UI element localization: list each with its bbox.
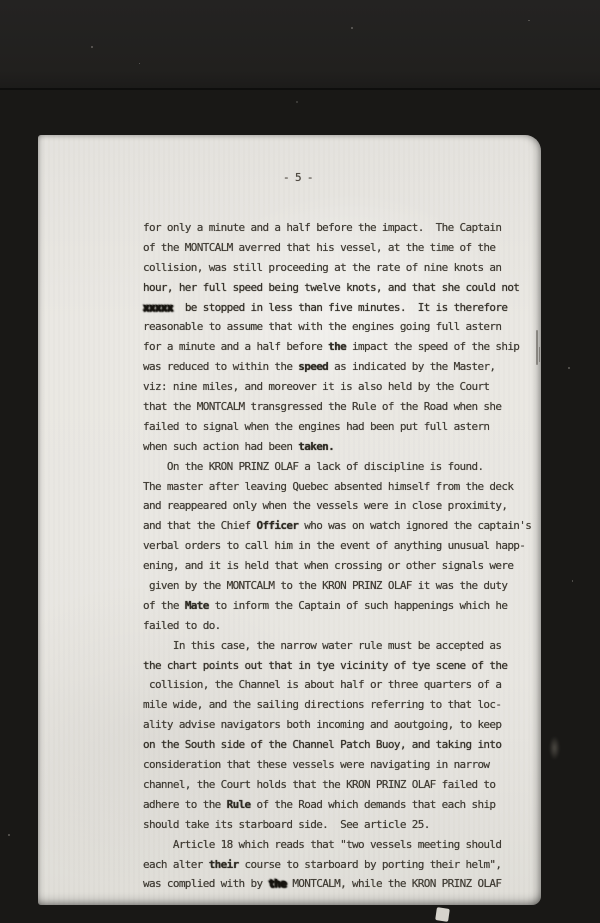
- text-line: of the Mate to inform the Captain of suc…: [143, 596, 541, 616]
- text-line: that the MONTCALM transgressed the Rule …: [143, 397, 541, 417]
- text-segment: and that the Chief: [143, 519, 256, 532]
- text-segment: should take its starboard side. See arti…: [143, 818, 430, 831]
- text-segment: adhere to the: [143, 798, 227, 811]
- text-segment: viz: nine miles, and moreover it is also…: [143, 380, 489, 393]
- text-segment: collision, was still proceeding at the r…: [143, 261, 501, 274]
- text-segment: MONTCALM, while the KRON PRINZ OLAF: [286, 877, 501, 890]
- text-line: ening, and it is held that when crossing…: [143, 556, 541, 576]
- text-segment: the chart points out that in tye vicinit…: [143, 659, 507, 672]
- text-line: In this case, the narrow water rule must…: [143, 636, 541, 656]
- text-line: adhere to the Rule of the Road which dem…: [143, 795, 541, 815]
- text-segment: their: [209, 858, 239, 871]
- text-line: xxxxx be stopped in less than five minut…: [143, 298, 541, 318]
- film-speck: [8, 834, 10, 836]
- film-speck: [91, 46, 93, 48]
- text-segment: and reappeared only when the vessels wer…: [143, 499, 507, 512]
- text-line: was complied with by the MONTCALM, while…: [143, 874, 541, 894]
- text-segment: was complied with by: [143, 877, 268, 890]
- text-line: channel, the Court holds that the KRON P…: [143, 775, 541, 795]
- text-segment: Article 18 which reads that "two vessels…: [143, 838, 501, 851]
- text-line: for a minute and a half before the impac…: [143, 337, 541, 357]
- page-number: - 5 -: [283, 171, 313, 185]
- text-segment: each alter: [143, 858, 209, 871]
- text-segment: be stopped in less than five minutes. It…: [173, 301, 507, 314]
- text-segment: verbal orders to call him in the event o…: [143, 539, 525, 552]
- text-line: for only a minute and a half before the …: [143, 218, 541, 238]
- text-segment: for only a minute and a half before the …: [143, 221, 501, 234]
- text-line: collision, was still proceeding at the r…: [143, 258, 541, 278]
- text-segment: collision, the Channel is about half or …: [143, 678, 501, 691]
- text-line: on the South side of the Channel Patch B…: [143, 735, 541, 755]
- film-speck: [351, 27, 353, 29]
- text-segment: On the KRON PRINZ OLAF a lack of discipl…: [143, 460, 483, 473]
- text-segment: when such action had been: [143, 440, 298, 453]
- text-segment: for a minute and a half before: [143, 340, 328, 353]
- text-segment: was reduced to within the: [143, 360, 298, 373]
- text-line: Article 18 which reads that "two vessels…: [143, 835, 541, 855]
- text-segment: The master after leaving Quebec absented…: [143, 480, 513, 493]
- text-line: was reduced to within the speed as indic…: [143, 357, 541, 377]
- text-segment: In this case, the narrow water rule must…: [143, 639, 501, 652]
- text-line: the chart points out that in tye vicinit…: [143, 656, 541, 676]
- text-segment: hour, her full speed being twelve knots,…: [143, 281, 519, 294]
- film-smudge: [549, 736, 560, 760]
- document-page: - 5 - for only a minute and a half befor…: [38, 135, 541, 905]
- text-line: mile wide, and the sailing directions re…: [143, 695, 541, 715]
- film-speck: [296, 101, 298, 103]
- text-segment: taken.: [298, 440, 334, 453]
- text-line: hour, her full speed being twelve knots,…: [143, 278, 541, 298]
- text-line: each alter their course to starboard by …: [143, 855, 541, 875]
- scan-scratch: [539, 347, 540, 362]
- text-segment: as indicated by the Master,: [328, 360, 495, 373]
- text-line: failed to signal when the engines had be…: [143, 417, 541, 437]
- film-speck: [139, 63, 140, 64]
- text-segment: that the MONTCALM transgressed the Rule …: [143, 400, 501, 413]
- text-segment: Rule: [227, 798, 251, 811]
- overstruck-word: xxxxx: [143, 301, 173, 314]
- text-segment: Officer: [256, 519, 298, 532]
- film-speck: [572, 580, 573, 582]
- text-line: viz: nine miles, and moreover it is also…: [143, 377, 541, 397]
- text-line: ality advise navigators both incoming an…: [143, 715, 541, 735]
- text-segment: of the Road which demands that each ship: [251, 798, 496, 811]
- page-corner-sliver: [435, 907, 450, 922]
- text-line: consideration that these vessels were na…: [143, 755, 541, 775]
- text-segment: failed to signal when the engines had be…: [143, 420, 489, 433]
- text-line: when such action had been taken.: [143, 437, 541, 457]
- text-segment: ening, and it is held that when crossing…: [143, 559, 513, 572]
- text-line: reasonable to assume that with the engin…: [143, 317, 541, 337]
- text-segment: on the South side of the Channel Patch B…: [143, 738, 501, 751]
- text-segment: consideration that these vessels were na…: [143, 758, 489, 771]
- text-line: failed to do.: [143, 616, 541, 636]
- text-line: given by the MONTCALM to the KRON PRINZ …: [143, 576, 541, 596]
- film-speck: [568, 367, 570, 369]
- scan-scratch: [536, 330, 538, 365]
- text-segment: speed: [298, 360, 328, 373]
- text-line: verbal orders to call him in the event o…: [143, 536, 541, 556]
- text-segment: of the: [143, 599, 185, 612]
- text-line: On the KRON PRINZ OLAF a lack of discipl…: [143, 457, 541, 477]
- document-text: for only a minute and a half before the …: [143, 218, 541, 894]
- text-segment: Mate: [185, 599, 209, 612]
- text-segment: channel, the Court holds that the KRON P…: [143, 778, 495, 791]
- text-line: should take its starboard side. See arti…: [143, 815, 541, 835]
- text-segment: who was on watch ignored the captain's: [298, 519, 531, 532]
- text-line: and that the Chief Officer who was on wa…: [143, 516, 541, 536]
- text-segment: ality advise navigators both incoming an…: [143, 718, 501, 731]
- text-line: of the MONTCALM averred that his vessel,…: [143, 238, 541, 258]
- film-speck: [528, 20, 530, 21]
- microfilm-scan-background: - 5 - for only a minute and a half befor…: [0, 0, 600, 923]
- text-line: The master after leaving Quebec absented…: [143, 477, 541, 497]
- text-segment: impact the speed of the ship: [346, 340, 519, 353]
- text-segment: course to starboard by porting their hel…: [239, 858, 502, 871]
- text-line: collision, the Channel is about half or …: [143, 675, 541, 695]
- text-segment: failed to do.: [143, 619, 221, 632]
- text-segment: given by the MONTCALM to the KRON PRINZ …: [143, 579, 507, 592]
- text-segment: reasonable to assume that with the engin…: [143, 320, 501, 333]
- text-segment: of the MONTCALM averred that his vessel,…: [143, 241, 495, 254]
- overstruck-word: the: [268, 877, 286, 890]
- film-seam-band: [0, 0, 600, 90]
- text-segment: mile wide, and the sailing directions re…: [143, 698, 501, 711]
- text-line: and reappeared only when the vessels wer…: [143, 496, 541, 516]
- text-segment: to inform the Captain of such happenings…: [209, 599, 508, 612]
- text-segment: the: [328, 340, 346, 353]
